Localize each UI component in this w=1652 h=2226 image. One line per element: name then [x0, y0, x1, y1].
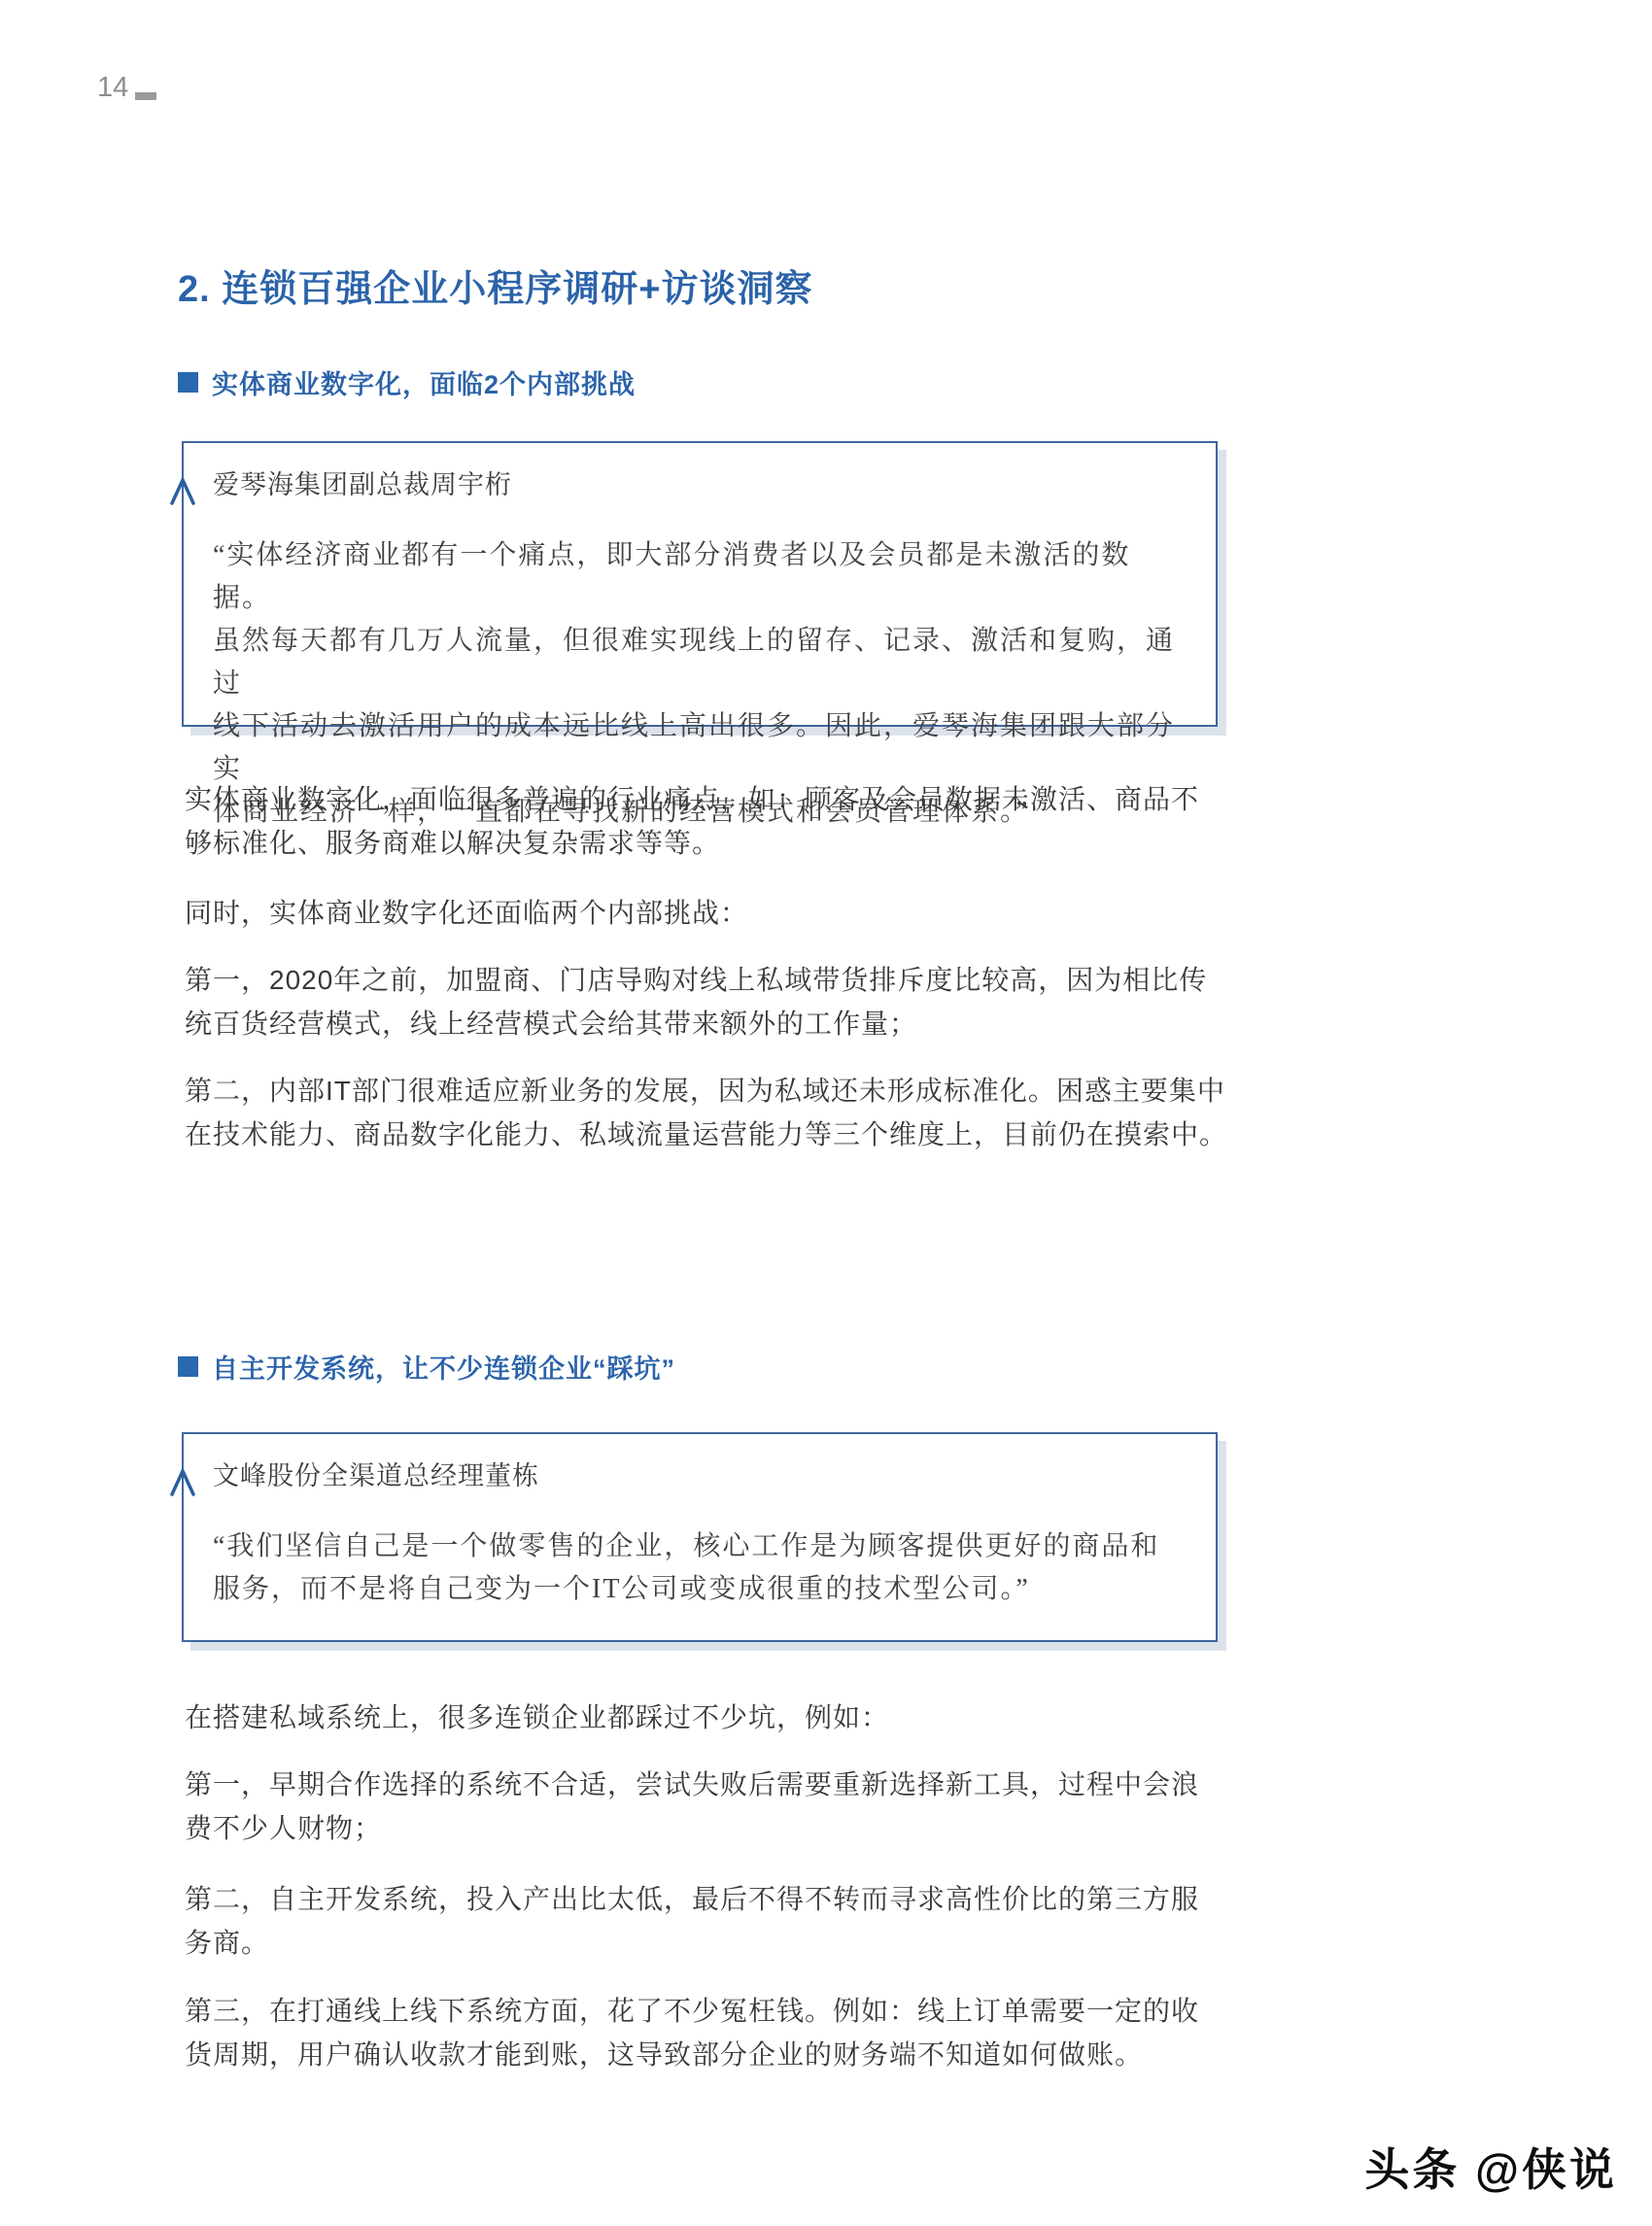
- page-number-value: 14: [97, 74, 128, 102]
- body-paragraph: 在搭建私域系统上，很多连锁企业都踩过不少坑，例如：: [185, 1695, 1244, 1739]
- section-title-text: 实体商业数字化，面临2个内部挑战: [212, 363, 636, 401]
- body-paragraph: 同时，实体商业数字化还面临两个内部挑战：: [185, 891, 1244, 935]
- page-number-dash-icon: [135, 92, 156, 100]
- section-title-self-development: 自主开发系统，让不少连锁企业“踩坑”: [178, 1348, 1247, 1386]
- body-paragraph: 第二，内部IT部门很难适应新业务的发展，因为私域还未形成标准化。困惑主要集中 在…: [185, 1069, 1244, 1156]
- quote-text: “我们坚信自己是一个做零售的企业，核心工作是为顾客提供更好的商品和 服务，而不是…: [213, 1525, 1179, 1611]
- quote-box-dongdong: 文峰股份全渠道总经理董栋 “我们坚信自己是一个做零售的企业，核心工作是为顾客提供…: [182, 1432, 1218, 1642]
- watermark: 头条 @侠说: [1364, 2135, 1617, 2199]
- page-number: 14: [97, 74, 156, 102]
- section-title-text: 自主开发系统，让不少连锁企业“踩坑”: [212, 1348, 675, 1386]
- chevron-up-icon: [168, 1467, 197, 1498]
- chapter-heading: 2. 连锁百强企业小程序调研+访谈洞察: [178, 258, 1247, 312]
- square-bullet-icon: [178, 1356, 198, 1377]
- body-paragraph: 第一，早期合作选择的系统不合适，尝试失败后需要重新选择新工具，过程中会浪 费不少…: [185, 1763, 1244, 1850]
- body-paragraph: 实体商业数字化，面临很多普遍的行业痛点，如：顾客及会员数据未激活、商品不 够标准…: [185, 777, 1244, 865]
- body-paragraph: 第一，2020年之前，加盟商、门店导购对线上私域带货排斥度比较高，因为相比传 统…: [185, 958, 1244, 1045]
- report-page: 14 2. 连锁百强企业小程序调研+访谈洞察 实体商业数字化，面临2个内部挑战 …: [0, 0, 1652, 2226]
- quote-box-zhouyuhang: 爱琴海集团副总裁周宇桁 “实体经济商业都有一个痛点，即大部分消费者以及会员都是未…: [182, 441, 1218, 727]
- section-title-digitalization: 实体商业数字化，面临2个内部挑战: [178, 363, 1247, 401]
- square-bullet-icon: [178, 372, 198, 393]
- body-paragraph: 第二，自主开发系统，投入产出比太低，最后不得不转而寻求高性价比的第三方服 务商。: [185, 1877, 1244, 1965]
- body-paragraph: 第三，在打通线上线下系统方面，花了不少冤枉钱。例如：线上订单需要一定的收 货周期…: [185, 1989, 1244, 2076]
- quote-speaker: 文峰股份全渠道总经理董栋: [213, 1459, 1179, 1492]
- chevron-up-icon: [168, 476, 197, 507]
- quote-speaker: 爱琴海集团副总裁周宇桁: [213, 468, 1179, 501]
